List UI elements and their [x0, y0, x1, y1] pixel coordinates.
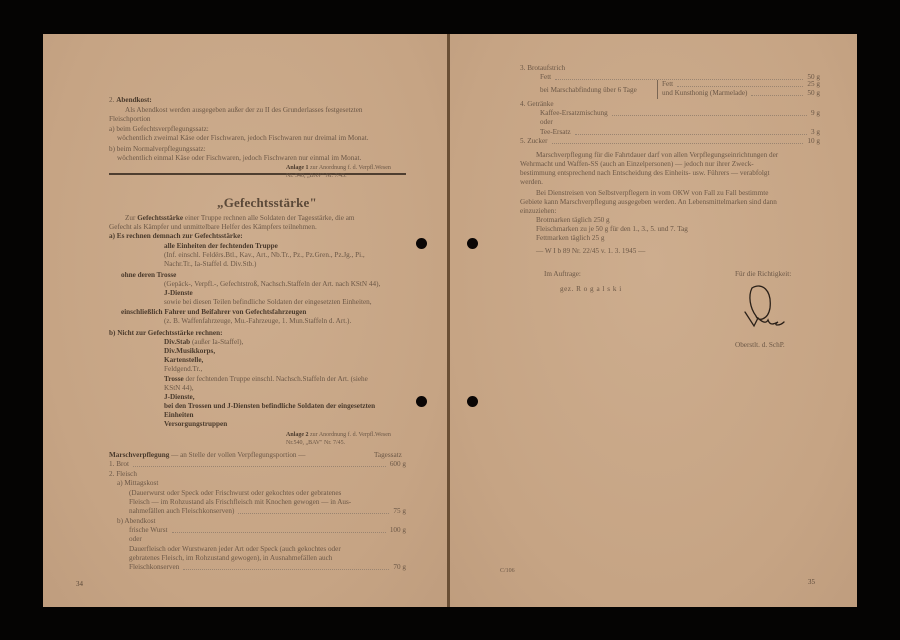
- anlage1-ref-2: Nr. 540, „BAV" Nr. 7/45.: [286, 173, 347, 181]
- ration-row-mittag: nahmefällen auch Fleischkonserven)75 g: [129, 507, 406, 516]
- b-item-jdienste: J-Dienste,: [164, 393, 195, 402]
- paragraph-fahrtdauer-2: Wehrmacht und Waffen-SS (auch an Einzelp…: [520, 160, 754, 169]
- marken-brot: Brotmarken täglich 250 g: [536, 216, 610, 225]
- b-item-soldaten-2: Einheiten: [164, 411, 194, 420]
- paragraph-fahrtdauer-4: werden.: [520, 178, 543, 187]
- ration-mittag-label: a) Mittagskost: [117, 479, 158, 488]
- ration-fleisch-label: 2. Fleisch: [109, 470, 137, 479]
- abendkost-intro: Als Abendkost werden ausgegeben außer de…: [125, 106, 363, 115]
- b-item-soldaten: bei den Trossen und J-Diensten befindlic…: [164, 402, 375, 411]
- print-mark: C/106: [500, 568, 515, 576]
- signature-rank: Oberstlt. d. SchP.: [735, 341, 785, 350]
- a-item-einheiten-text: (Inf. einschl. Feldërs.Btl., Kav., Art.,…: [164, 251, 365, 260]
- ration-dauer-text-2: gebratenes Fleisch, im Rohzustand gewoge…: [129, 554, 332, 563]
- marschabfindung-label: bei Marschabfindung über 6 Tage: [540, 86, 637, 95]
- document-title: „Gefechtsstärke": [217, 195, 317, 211]
- b-item-feldgend: Feldgend.Tr.,: [164, 365, 202, 374]
- b-item-musikkorps: Div.Musikkorps,: [164, 347, 215, 356]
- abendkost-b-text: wöchentlich einmal Käse oder Fischwaren,…: [117, 154, 361, 163]
- marken-fett: Fettmarken täglich 25 g: [536, 234, 604, 243]
- ration-oder: oder: [129, 535, 142, 544]
- ration-row-kunsthonig: und Kunsthonig (Marmelade)50 g: [662, 89, 820, 98]
- paragraph-dienstreisen: Bei Dienstreisen von Selbstverpflegern i…: [536, 189, 768, 198]
- ration-row-wurst: frische Wurst100 g: [129, 526, 406, 535]
- abendkost-intro-2: Fleischportion: [109, 115, 151, 124]
- punch-hole: [467, 238, 478, 249]
- bracket-divider: [657, 80, 658, 99]
- a-item-trosse-text: (Gepäck-, Verpfl.-, Gefechtstroß, Nachsc…: [164, 280, 380, 289]
- paragraph-fahrtdauer: Marschverpflegung für die Fahrtdauer dar…: [536, 151, 778, 160]
- column-header-tagessatz: Tagessatz: [374, 451, 402, 460]
- decree-reference: — W I b 89 Nr. 22/45 v. 1. 3. 1945 —: [536, 247, 645, 256]
- ration-dauer-text: Dauerfleisch oder Wurstwaren jeder Art o…: [129, 545, 341, 554]
- abendkost-a-text: wöchentlich zweimal Käse oder Fischwaren…: [117, 134, 369, 143]
- a-item-jdienste-text: sowie bei diesen Teilen befindliche Sold…: [164, 298, 372, 307]
- left-page: 2. Abendkost: Als Abendkost werden ausge…: [43, 34, 448, 607]
- page-number-right: 35: [808, 578, 815, 586]
- a-item-fahrer: einschließlich Fahrer und Beifahrer von …: [121, 308, 306, 317]
- anlage2-ref-2: Nr.540, „BAV" Nr. 7/45.: [286, 440, 345, 448]
- punch-hole: [416, 396, 427, 407]
- page-number-left: 34: [76, 580, 83, 588]
- ration-mittag-text-2: Fleisch — im Rohzustand als Frischfleisc…: [129, 498, 351, 507]
- signed-name: gez. R o g a l s k i: [560, 285, 622, 294]
- ration-row-zucker: 5. Zucker10 g: [520, 137, 820, 146]
- paragraph-fahrtdauer-3: bestimmung entsprechend nach Entscheidun…: [520, 169, 769, 178]
- b-item-divstab: Div.Stab (außer Ia-Staffel),: [164, 338, 243, 347]
- right-page: 3. Brotaufstrich Fett50 g bei Marschabfi…: [450, 34, 857, 607]
- ration-row-marsch-fett: Fett25 g: [662, 80, 820, 89]
- punch-hole: [416, 238, 427, 249]
- im-auftrage-label: Im Auftrage:: [544, 270, 581, 279]
- punch-hole: [467, 396, 478, 407]
- a-item-jdienste: J-Dienste: [164, 289, 193, 298]
- anlage2-ref: Anlage 2 zur Anordnung f. d. Verpfl.Wese…: [286, 432, 391, 440]
- b-item-trosse: Trosse der fechtenden Truppe einschl. Na…: [164, 375, 368, 384]
- ration-row-brot: 1. Brot600 g: [109, 460, 406, 469]
- anlage1-ref: Anlage 1 zur Anordnung f. d. Verpfl.Wese…: [286, 165, 391, 173]
- section-a-heading: a) Es rechnen demnach zur Gefechtsstärke…: [109, 232, 243, 241]
- marschverpflegung-heading: Marschverpflegung — an Stelle der vollen…: [109, 451, 306, 460]
- gefechtsstaerke-intro: Zur Gefechtsstärke einer Truppe rechnen …: [125, 214, 355, 223]
- a-item-trosse: ohne deren Trosse: [121, 271, 176, 280]
- abendkost-a-label: a) beim Gefechtsverpflegungssatz:: [109, 125, 209, 134]
- a-item-einheiten: alle Einheiten der fechtenden Truppe: [164, 242, 278, 251]
- paragraph-dienstreisen-3: einzuziehen:: [520, 207, 556, 216]
- ration-mittag-text: (Dauerwurst oder Speck oder Frischwurst …: [129, 489, 341, 498]
- gefechtsstaerke-intro-2: Gefecht als Kämpfer und unmittelbare Hel…: [109, 223, 317, 232]
- handwritten-signature-icon: [740, 282, 790, 334]
- richtigkeit-label: Für die Richtigkeit:: [735, 270, 791, 279]
- getraenke-label: 4. Getränke: [520, 100, 554, 109]
- section-b-heading: b) Nicht zur Gefechtsstärke rechnen:: [109, 329, 223, 338]
- ration-abend-label: b) Abendkost: [117, 517, 156, 526]
- paragraph-dienstreisen-2: Gebiete kann Marschverpflegung ausgegebe…: [520, 198, 777, 207]
- a-item-einheiten-text-2: Nachr.Tr., Ia-Staffel d. Div.Stb.): [164, 260, 256, 269]
- abendkost-heading: 2. Abendkost:: [109, 96, 152, 105]
- section-divider: [109, 173, 406, 175]
- b-item-kartenstelle: Kartenstelle,: [164, 356, 203, 365]
- a-item-fahrer-text: (z. B. Waffenfahrzeuge, Mu.-Fahrzeuge, 1…: [164, 317, 351, 326]
- brotaufstrich-label: 3. Brotaufstrich: [520, 64, 565, 73]
- ration-row-dauer: Fleischkonserven70 g: [129, 563, 406, 572]
- getraenke-oder: oder: [540, 118, 553, 127]
- ration-row-tee: Tee-Ersatz3 g: [540, 128, 820, 137]
- b-item-versorgung: Versorgungstruppen: [164, 420, 227, 429]
- ration-row-kaffee: Kaffee-Ersatzmischung9 g: [540, 109, 820, 118]
- marken-fleisch: Fleischmarken zu je 50 g für den 1., 3.,…: [536, 225, 688, 234]
- abendkost-b-label: b) beim Normalverpflegungssatz:: [109, 145, 206, 154]
- b-item-trosse-2: KStN 44),: [164, 384, 194, 393]
